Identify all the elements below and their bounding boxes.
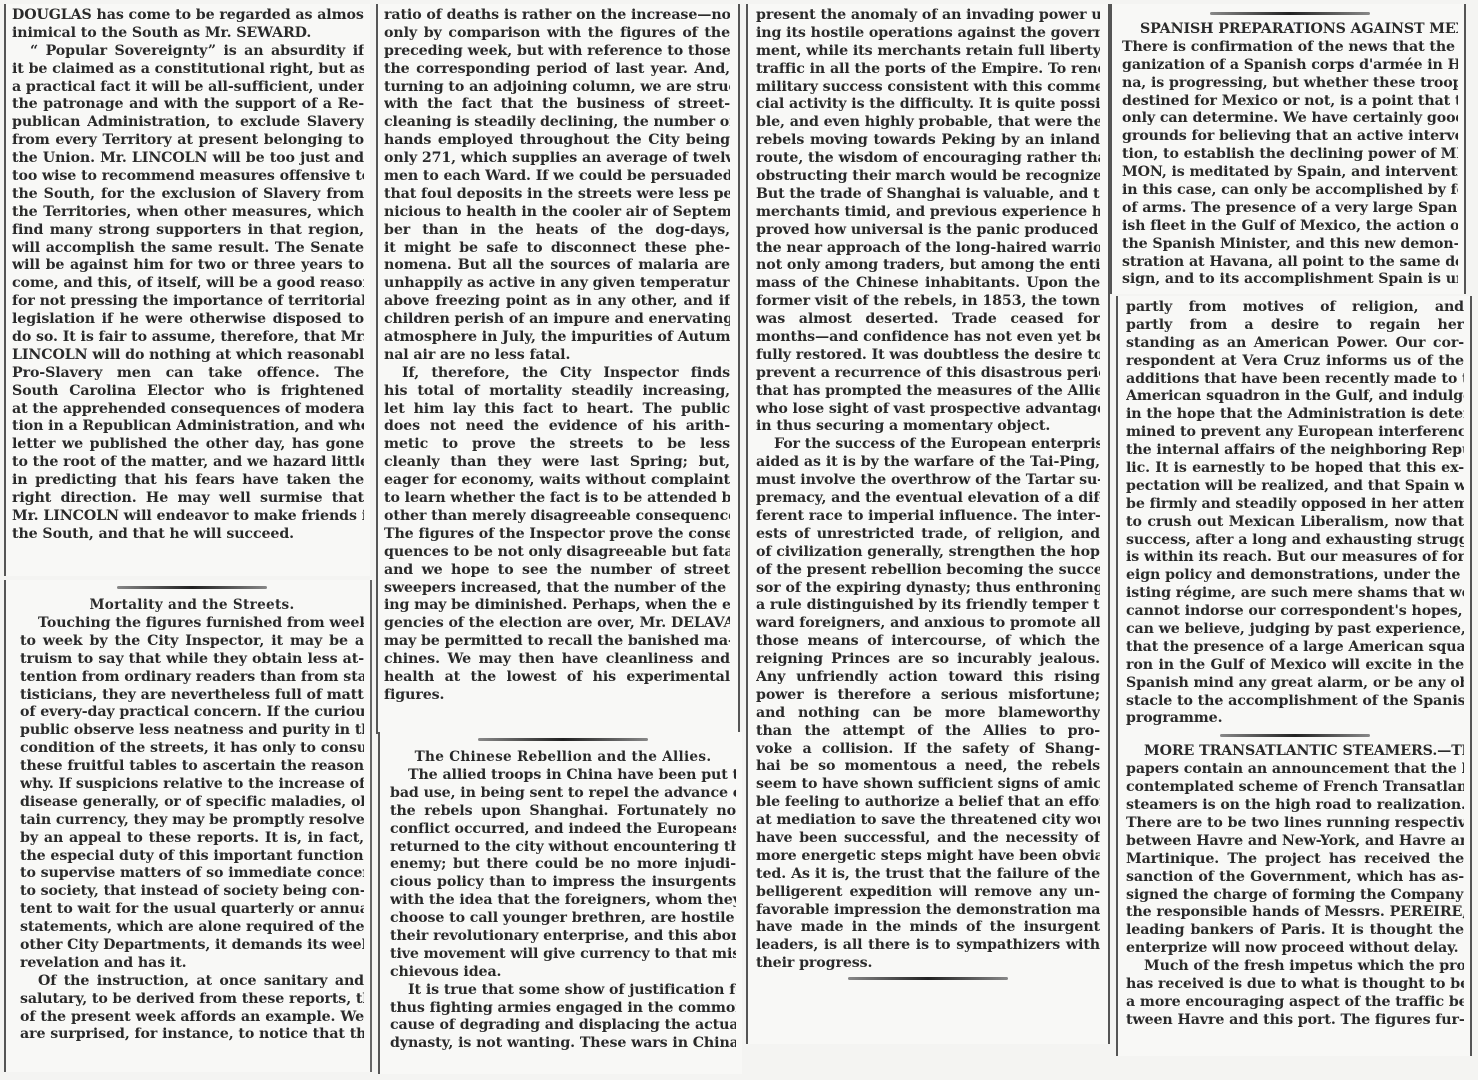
text-line: nomena. But all the sources of malaria a… xyxy=(384,257,730,275)
text-line: additions that have been recently made t… xyxy=(1126,371,1464,389)
text-line: it might be safe to disconnect these phe… xyxy=(384,240,730,258)
text-line: ests of unrestricted trade, of religion,… xyxy=(756,526,1100,544)
text-line: who lose sight of vast prospective advan… xyxy=(756,401,1100,419)
text-line: with the idea that the foreigners, whom … xyxy=(390,892,736,910)
text-line: that the presence of a large American sq… xyxy=(1126,639,1464,657)
text-line: present the anomaly of an invading power… xyxy=(756,7,1100,25)
section-divider xyxy=(117,586,267,589)
text-line: the patronage and with the support of a … xyxy=(12,96,364,114)
clipping-col4-spanish: SPANISH PREPARATIONS AGAINST MEXICO.—The… xyxy=(1110,4,1466,294)
text-line: it be claimed as a constitutional right,… xyxy=(12,61,364,79)
text-line: preceding week, but with reference to th… xyxy=(384,43,730,61)
text-line: lic. It is earnestly to be hoped that th… xyxy=(1126,460,1464,478)
text-line: tisticians, they are nevertheless full o… xyxy=(20,687,364,705)
text-line: mass of the Chinese inhabitants. Upon th… xyxy=(756,275,1100,293)
text-line: than the attempt of the Allies to pro- xyxy=(756,723,1100,741)
text-line: proved how universal is the panic produc… xyxy=(756,222,1100,240)
text-line: traffic in all the ports of the Empire. … xyxy=(756,61,1100,79)
text-line: the corresponding period of last year. A… xyxy=(384,61,730,79)
text-line: letter we published the other day, has g… xyxy=(12,436,364,454)
text-line: “ Popular Sovereignty” is an absurdity i… xyxy=(12,43,364,61)
text-line: cannot indorse our correspondent's hopes… xyxy=(1126,603,1464,621)
text-line: premacy, and the eventual elevation of a… xyxy=(756,490,1100,508)
text-line: programme. xyxy=(1126,710,1464,728)
text-line: partly from motives of religion, and xyxy=(1126,299,1464,317)
text-line: revelation and has it. xyxy=(20,955,364,973)
text-line: that foul deposits in the streets were l… xyxy=(384,186,730,204)
text-line: the responsible hands of Messrs. PEREIRE… xyxy=(1126,904,1464,922)
text-line: ble feeling to authorize a belief that a… xyxy=(756,794,1100,812)
text-line: can we believe, judging by past experien… xyxy=(1126,621,1464,639)
text-line: of civilization generally, strengthen th… xyxy=(756,544,1100,562)
text-line: why. If suspicions relative to the incre… xyxy=(20,776,364,794)
text-line: The figures of the Inspector prove the c… xyxy=(384,526,730,544)
text-line: leaders, is all there is to sympathizers… xyxy=(756,937,1100,955)
text-line: voke a collision. If the safety of Shang… xyxy=(756,741,1100,759)
text-line: months—and confidence has not even yet b… xyxy=(756,329,1100,347)
text-line: pectation will be realized, and that Spa… xyxy=(1126,478,1464,496)
text-line: success, after a long and exhausting str… xyxy=(1126,532,1464,550)
text-line: na, is progressing, but whether these tr… xyxy=(1122,75,1458,93)
text-line: Any unfriendly action toward this rising xyxy=(756,669,1100,687)
text-line: leading bankers of Paris. It is thought … xyxy=(1126,922,1464,940)
text-line: ble, and even highly probable, that were… xyxy=(756,114,1100,132)
text-line: papers contain an announcement that the … xyxy=(1126,761,1464,779)
text-line: nal air are no less fatal. xyxy=(384,347,730,365)
clipping-col4-spanish-cont: partly from motives of religion, andpart… xyxy=(1116,296,1472,1056)
text-line: to learn whether the fact is to be atten… xyxy=(384,490,730,508)
text-line: ing may be diminished. Perhaps, when the… xyxy=(384,597,730,615)
clipping-col2-chinese: The Chinese Rebellion and the Allies. Th… xyxy=(378,732,742,1074)
text-line: do so. It is fair to assume, therefore, … xyxy=(12,329,364,347)
text-line: tention from ordinary readers than from … xyxy=(20,669,364,687)
headline-mortality: Mortality and the Streets. xyxy=(20,595,364,615)
text-line: ment, while its merchants retain full li… xyxy=(756,43,1100,61)
text-line: nicious to health in the cooler air of S… xyxy=(384,204,730,222)
text-line: military success consistent with this co… xyxy=(756,79,1100,97)
text-line: ber than in the heats of the dog-days, xyxy=(384,222,730,240)
text-line: MORE TRANSATLANTIC STEAMERS.—The Havre xyxy=(1126,743,1464,761)
text-line: obstructing their march would be recogni… xyxy=(756,168,1100,186)
text-line: dynasty, is not wanting. These wars in C… xyxy=(390,1035,736,1053)
text-line: statements, which are alone required of … xyxy=(20,919,364,937)
text-line: salutary, to be derived from these repor… xyxy=(20,991,364,1009)
text-line: tion, to establish the declining power o… xyxy=(1122,146,1458,164)
text-line: more energetic steps might have been obv… xyxy=(756,848,1100,866)
article-chinese-rebellion: The allied troops in China have been put… xyxy=(390,767,736,1053)
text-line: publican Administration, to exclude Slav… xyxy=(12,114,364,132)
text-line: merchants timid, and previous experience… xyxy=(756,204,1100,222)
section-divider xyxy=(1220,734,1370,737)
text-line: American squadron in the Gulf, and indul… xyxy=(1126,388,1464,406)
text-line: and nothing can be more blameworthy xyxy=(756,705,1100,723)
text-line: partly from a desire to regain her xyxy=(1126,317,1464,335)
text-line: stration at Havana, all point to the sam… xyxy=(1122,254,1458,272)
text-line: hai be so momentous a need, the rebels xyxy=(756,758,1100,776)
text-line: isting régime, are such mere shams that … xyxy=(1126,585,1464,603)
text-line: cause of degrading and displacing the ac… xyxy=(390,1017,736,1035)
text-line: must involve the overthrow of the Tartar… xyxy=(756,472,1100,490)
text-line: power is therefore a serious misfortune; xyxy=(756,687,1100,705)
text-line: condition of the streets, it has only to… xyxy=(20,740,364,758)
clipping-col1-mortality: Mortality and the Streets. Touching the … xyxy=(4,580,372,1072)
text-line: may be permitted to recall the banished … xyxy=(384,633,730,651)
text-line: be firmly and steadily opposed in her at… xyxy=(1126,496,1464,514)
text-line: his total of mortality steadily increasi… xyxy=(384,383,730,401)
text-line: LINCOLN will do nothing at which reasona… xyxy=(12,347,364,365)
text-line: ferent race to imperial influence. The i… xyxy=(756,508,1100,526)
text-line: other than merely disagreeable consequen… xyxy=(384,508,730,526)
text-line: children perish of an impure and enervat… xyxy=(384,311,730,329)
text-line: tent to wait for the usual quarterly or … xyxy=(20,901,364,919)
text-line: Touching the figures furnished from week xyxy=(20,615,364,633)
text-line: ted. As it is, the trust that the failur… xyxy=(756,866,1100,884)
text-line: those means of intercourse, of which the xyxy=(756,633,1100,651)
text-line: between Havre and New-York, and Havre an… xyxy=(1126,833,1464,851)
text-line: their progress. xyxy=(756,955,1100,973)
text-line: eign policy and demonstrations, under th… xyxy=(1126,567,1464,585)
text-line: in predicting that his fears have taken … xyxy=(12,472,364,490)
text-line: by an appeal to these reports. It is, in… xyxy=(20,830,364,848)
text-line: a practical fact it will be all-sufficie… xyxy=(12,79,364,97)
text-line: figures. xyxy=(384,687,730,705)
text-line: conflict occurred, and indeed the Europe… xyxy=(390,821,736,839)
text-line: belligerent expedition will remove any u… xyxy=(756,884,1100,902)
text-line: to society, that instead of society bein… xyxy=(20,883,364,901)
article-mortality-streets: Touching the figures furnished from week… xyxy=(20,615,364,1044)
text-line: tive movement will give currency to that… xyxy=(390,946,736,964)
text-line: standing as an American Power. Our cor- xyxy=(1126,335,1464,353)
text-line: for not pressing the importance of terri… xyxy=(12,293,364,311)
text-line: the internal affairs of the neighboring … xyxy=(1126,442,1464,460)
text-line: chines. We may then have cleanliness and xyxy=(384,651,730,669)
text-line: returned to the city without encounterin… xyxy=(390,839,736,857)
text-line: But the trade of Shanghai is valuable, a… xyxy=(756,186,1100,204)
text-line: former visit of the rebels, in 1853, the… xyxy=(756,293,1100,311)
clipping-col2-mortality-cont: ratio of deaths is rather on the increas… xyxy=(376,4,740,734)
article-spanish-preparations: SPANISH PREPARATIONS AGAINST MEXICO.—The… xyxy=(1122,21,1458,289)
text-line: to the root of the matter, and we hazard… xyxy=(12,454,364,472)
text-line: to week by the City Inspector, it may be… xyxy=(20,633,364,651)
text-line: will be against him for two or three yea… xyxy=(12,257,364,275)
text-line: cial activity is the difficulty. It is q… xyxy=(756,96,1100,114)
text-line: with the fact that the business of stree… xyxy=(384,96,730,114)
text-line: metic to prove the streets to be less xyxy=(384,436,730,454)
text-line: legislation if he were otherwise dispose… xyxy=(12,311,364,329)
text-line: thus fighting armies engaged in the comm… xyxy=(390,1000,736,1018)
clipping-col1-douglas: DOUGLAS has come to be regarded as almos… xyxy=(4,4,370,576)
text-line: rebels moving towards Peking by an inlan… xyxy=(756,132,1100,150)
text-line: have been successful, and the necessity … xyxy=(756,830,1100,848)
text-line: stacle to the accomplishment of the Span… xyxy=(1126,693,1464,711)
text-line: find many strong supporters in that regi… xyxy=(12,222,364,240)
text-line: was almost deserted. Trade ceased for xyxy=(756,311,1100,329)
text-line: Martinique. The project has received the xyxy=(1126,851,1464,869)
text-line: these fruitful tables to ascertain the r… xyxy=(20,758,364,776)
text-line: respondent at Vera Cruz informs us of th… xyxy=(1126,353,1464,371)
text-line: turning to an adjoining column, we are s… xyxy=(384,79,730,97)
text-line: tion in a Republican Administration, and… xyxy=(12,418,364,436)
text-line: favorable impression the demonstration m… xyxy=(756,902,1100,920)
text-line: enterprize will now proceed without dela… xyxy=(1126,940,1464,958)
text-line: inimical to the South as Mr. SEWARD. xyxy=(12,25,364,43)
text-line: Of the instruction, at once sanitary and xyxy=(20,973,364,991)
text-line: If, therefore, the City Inspector finds xyxy=(384,365,730,383)
text-line: unhappily as active in any given tempera… xyxy=(384,275,730,293)
text-line: reigning Princes are so incurably jealou… xyxy=(756,651,1100,669)
text-line: of the present rebellion becoming the su… xyxy=(756,562,1100,580)
text-line: public observe less neatness and purity … xyxy=(20,722,364,740)
text-line: ratio of deaths is rather on the increas… xyxy=(384,7,730,25)
text-line: signed the charge of forming the Company… xyxy=(1126,887,1464,905)
article-chinese-rebellion-continued: present the anomaly of an invading power… xyxy=(756,7,1100,973)
text-line: MON, is meditated by Spain, and interven… xyxy=(1122,164,1458,182)
text-line: a rule distinguished by its friendly tem… xyxy=(756,597,1100,615)
text-line: contemplated scheme of French Transatlan… xyxy=(1126,779,1464,797)
text-line: at the apprehended consequences of moder… xyxy=(12,401,364,419)
text-line: tain currency, they may be promptly reso… xyxy=(20,812,364,830)
text-line: of the present week affords an example. … xyxy=(20,1009,364,1027)
text-line: will accomplish the same result. The Sen… xyxy=(12,240,364,258)
text-line: in this case, can only be accomplished b… xyxy=(1122,182,1458,200)
text-line: only can determine. We have certainly go… xyxy=(1122,110,1458,128)
text-line: SPANISH PREPARATIONS AGAINST MEXICO.— xyxy=(1122,21,1458,39)
text-line: and we hope to see the number of street xyxy=(384,562,730,580)
text-line: There is confirmation of the news that t… xyxy=(1122,39,1458,57)
text-line: Mr. LINCOLN will endeavor to make friend… xyxy=(12,508,364,526)
text-line: eager for economy, waits without complai… xyxy=(384,472,730,490)
text-line: only by comparison with the figures of t… xyxy=(384,25,730,43)
text-line: the Territories, when other measures, wh… xyxy=(12,204,364,222)
text-line: the Spanish Minister, and this new demon… xyxy=(1122,236,1458,254)
text-line: aided as it is by the warfare of the Tai… xyxy=(756,454,1100,472)
article-spanish-preparations-continued: partly from motives of religion, andpart… xyxy=(1126,299,1464,728)
text-line: quences to be not only disagreeable but … xyxy=(384,544,730,562)
article-douglas-popular-sovereignty: DOUGLAS has come to be regarded as almos… xyxy=(12,7,364,544)
text-line: tween Havre and this port. The figures f… xyxy=(1126,1012,1464,1030)
text-line: grounds for believing that an active int… xyxy=(1122,128,1458,146)
headline-chinese-rebellion: The Chinese Rebellion and the Allies. xyxy=(390,747,736,767)
text-line: sanction of the Government, which has as… xyxy=(1126,869,1464,887)
text-line: of arms. The presence of a very large Sp… xyxy=(1122,200,1458,218)
text-line: other City Departments, it demands its w… xyxy=(20,937,364,955)
text-line: route, the wisdom of encouraging rather … xyxy=(756,150,1100,168)
text-line: not only among traders, but among the en… xyxy=(756,257,1100,275)
section-divider xyxy=(478,738,648,741)
text-line: to crush out Mexican Liberalism, now tha… xyxy=(1126,514,1464,532)
clipping-col3-chinese-cont: present the anomaly of an invading power… xyxy=(746,4,1110,1044)
text-line: South Carolina Elector who is frightened xyxy=(12,383,364,401)
text-line: have made in the minds of the insurgent xyxy=(756,919,1100,937)
text-line: the South, and that he will succeed. xyxy=(12,526,364,544)
text-line: at mediation to save the threatened city… xyxy=(756,812,1100,830)
text-line: ing its hostile operations against the g… xyxy=(756,25,1100,43)
text-line: cious policy than to impress the insurge… xyxy=(390,874,736,892)
text-line: let him lay this fact to heart. The publ… xyxy=(384,401,730,419)
text-line: atmosphere in July, the impurities of Au… xyxy=(384,329,730,347)
text-line: the South, for the exclusion of Slavery … xyxy=(12,186,364,204)
text-line: sor of the expiring dynasty; thus enthro… xyxy=(756,580,1100,598)
section-divider xyxy=(848,977,1008,980)
text-line: There are to be two lines running respec… xyxy=(1126,815,1464,833)
text-line: come, and this, of itself, will be a goo… xyxy=(12,275,364,293)
text-line: ganization of a Spanish corps d'armée in… xyxy=(1122,57,1458,75)
text-line: health at the lowest of his experimental xyxy=(384,669,730,687)
text-line: men to each Ward. If we could be persuad… xyxy=(384,168,730,186)
section-divider xyxy=(1210,12,1370,15)
text-line: in the hope that the Administration is d… xyxy=(1126,406,1464,424)
text-line: has received is due to what is thought t… xyxy=(1126,976,1464,994)
text-line: too wise to recommend measures offensive… xyxy=(12,168,364,186)
text-line: seem to have shown sufficient signs of a… xyxy=(756,776,1100,794)
text-line: is within its reach. But our measures of… xyxy=(1126,549,1464,567)
text-line: gencies of the election are over, Mr. DE… xyxy=(384,615,730,633)
text-line: enemy; but there could be no more injudi… xyxy=(390,856,736,874)
text-line: Pro-Slavery men can take offence. The xyxy=(12,365,364,383)
text-line: cleaning is steadily declining, the numb… xyxy=(384,114,730,132)
text-line: only 271, which supplies an average of t… xyxy=(384,150,730,168)
text-line: ron in the Gulf of Mexico will excite in… xyxy=(1126,657,1464,675)
text-line: the rebels upon Shanghai. Fortunately no xyxy=(390,803,736,821)
text-line: right direction. He may well surmise tha… xyxy=(12,490,364,508)
text-line: their revolutionary enterprise, and this… xyxy=(390,928,736,946)
text-line: in thus securing a momentary object. xyxy=(756,418,1100,436)
text-line: fully restored. It was doubtless the des… xyxy=(756,347,1100,365)
article-transatlantic-steamers: MORE TRANSATLANTIC STEAMERS.—The Havrepa… xyxy=(1126,743,1464,1029)
text-line: It is true that some show of justificati… xyxy=(390,982,736,1000)
text-line: ish fleet in the Gulf of Mexico, the act… xyxy=(1122,218,1458,236)
text-line: disease generally, or of specific maladi… xyxy=(20,794,364,812)
text-line: above freezing point as in any other, an… xyxy=(384,293,730,311)
text-line: sweepers increased, that the number of t… xyxy=(384,580,730,598)
text-line: Spanish mind any great alarm, or be any … xyxy=(1126,675,1464,693)
text-line: prevent a recurrence of this disastrous … xyxy=(756,365,1100,383)
text-line: destined for Mexico or not, is a point t… xyxy=(1122,93,1458,111)
text-line: mined to prevent any European interferen… xyxy=(1126,424,1464,442)
text-line: sign, and to its accomplishment Spain is… xyxy=(1122,271,1458,289)
text-line: cleanly than they were last Spring; but, xyxy=(384,454,730,472)
text-line: from every Territory at present belongin… xyxy=(12,132,364,150)
text-line: Much of the fresh impetus which the proj… xyxy=(1126,958,1464,976)
text-line: of every-day practical concern. If the c… xyxy=(20,704,364,722)
text-line: the near approach of the long-haired war… xyxy=(756,240,1100,258)
text-line: choose to call younger brethren, are hos… xyxy=(390,910,736,928)
text-line: ward foreigners, and anxious to promote … xyxy=(756,615,1100,633)
text-line: are surprised, for instance, to notice t… xyxy=(20,1026,364,1044)
text-line: truism to say that while they obtain les… xyxy=(20,651,364,669)
text-line: The allied troops in China have been put… xyxy=(390,767,736,785)
text-line: the especial duty of this important func… xyxy=(20,848,364,866)
text-line: bad use, in being sent to repel the adva… xyxy=(390,785,736,803)
text-line: chievous idea. xyxy=(390,964,736,982)
text-line: For the success of the European enterpri… xyxy=(756,436,1100,454)
text-line: steamers is on the high road to realizat… xyxy=(1126,797,1464,815)
text-line: to supervise matters of so immediate con… xyxy=(20,865,364,883)
text-line: DOUGLAS has come to be regarded as almos… xyxy=(12,7,364,25)
text-line: the Union. Mr. LINCOLN will be too just … xyxy=(12,150,364,168)
article-mortality-continued: ratio of deaths is rather on the increas… xyxy=(384,7,730,705)
text-line: hands employed throughout the City being xyxy=(384,132,730,150)
text-line: does not need the evidence of his arith- xyxy=(384,418,730,436)
text-line: a more encouraging aspect of the traffic… xyxy=(1126,994,1464,1012)
text-line: that has prompted the measures of the Al… xyxy=(756,383,1100,401)
